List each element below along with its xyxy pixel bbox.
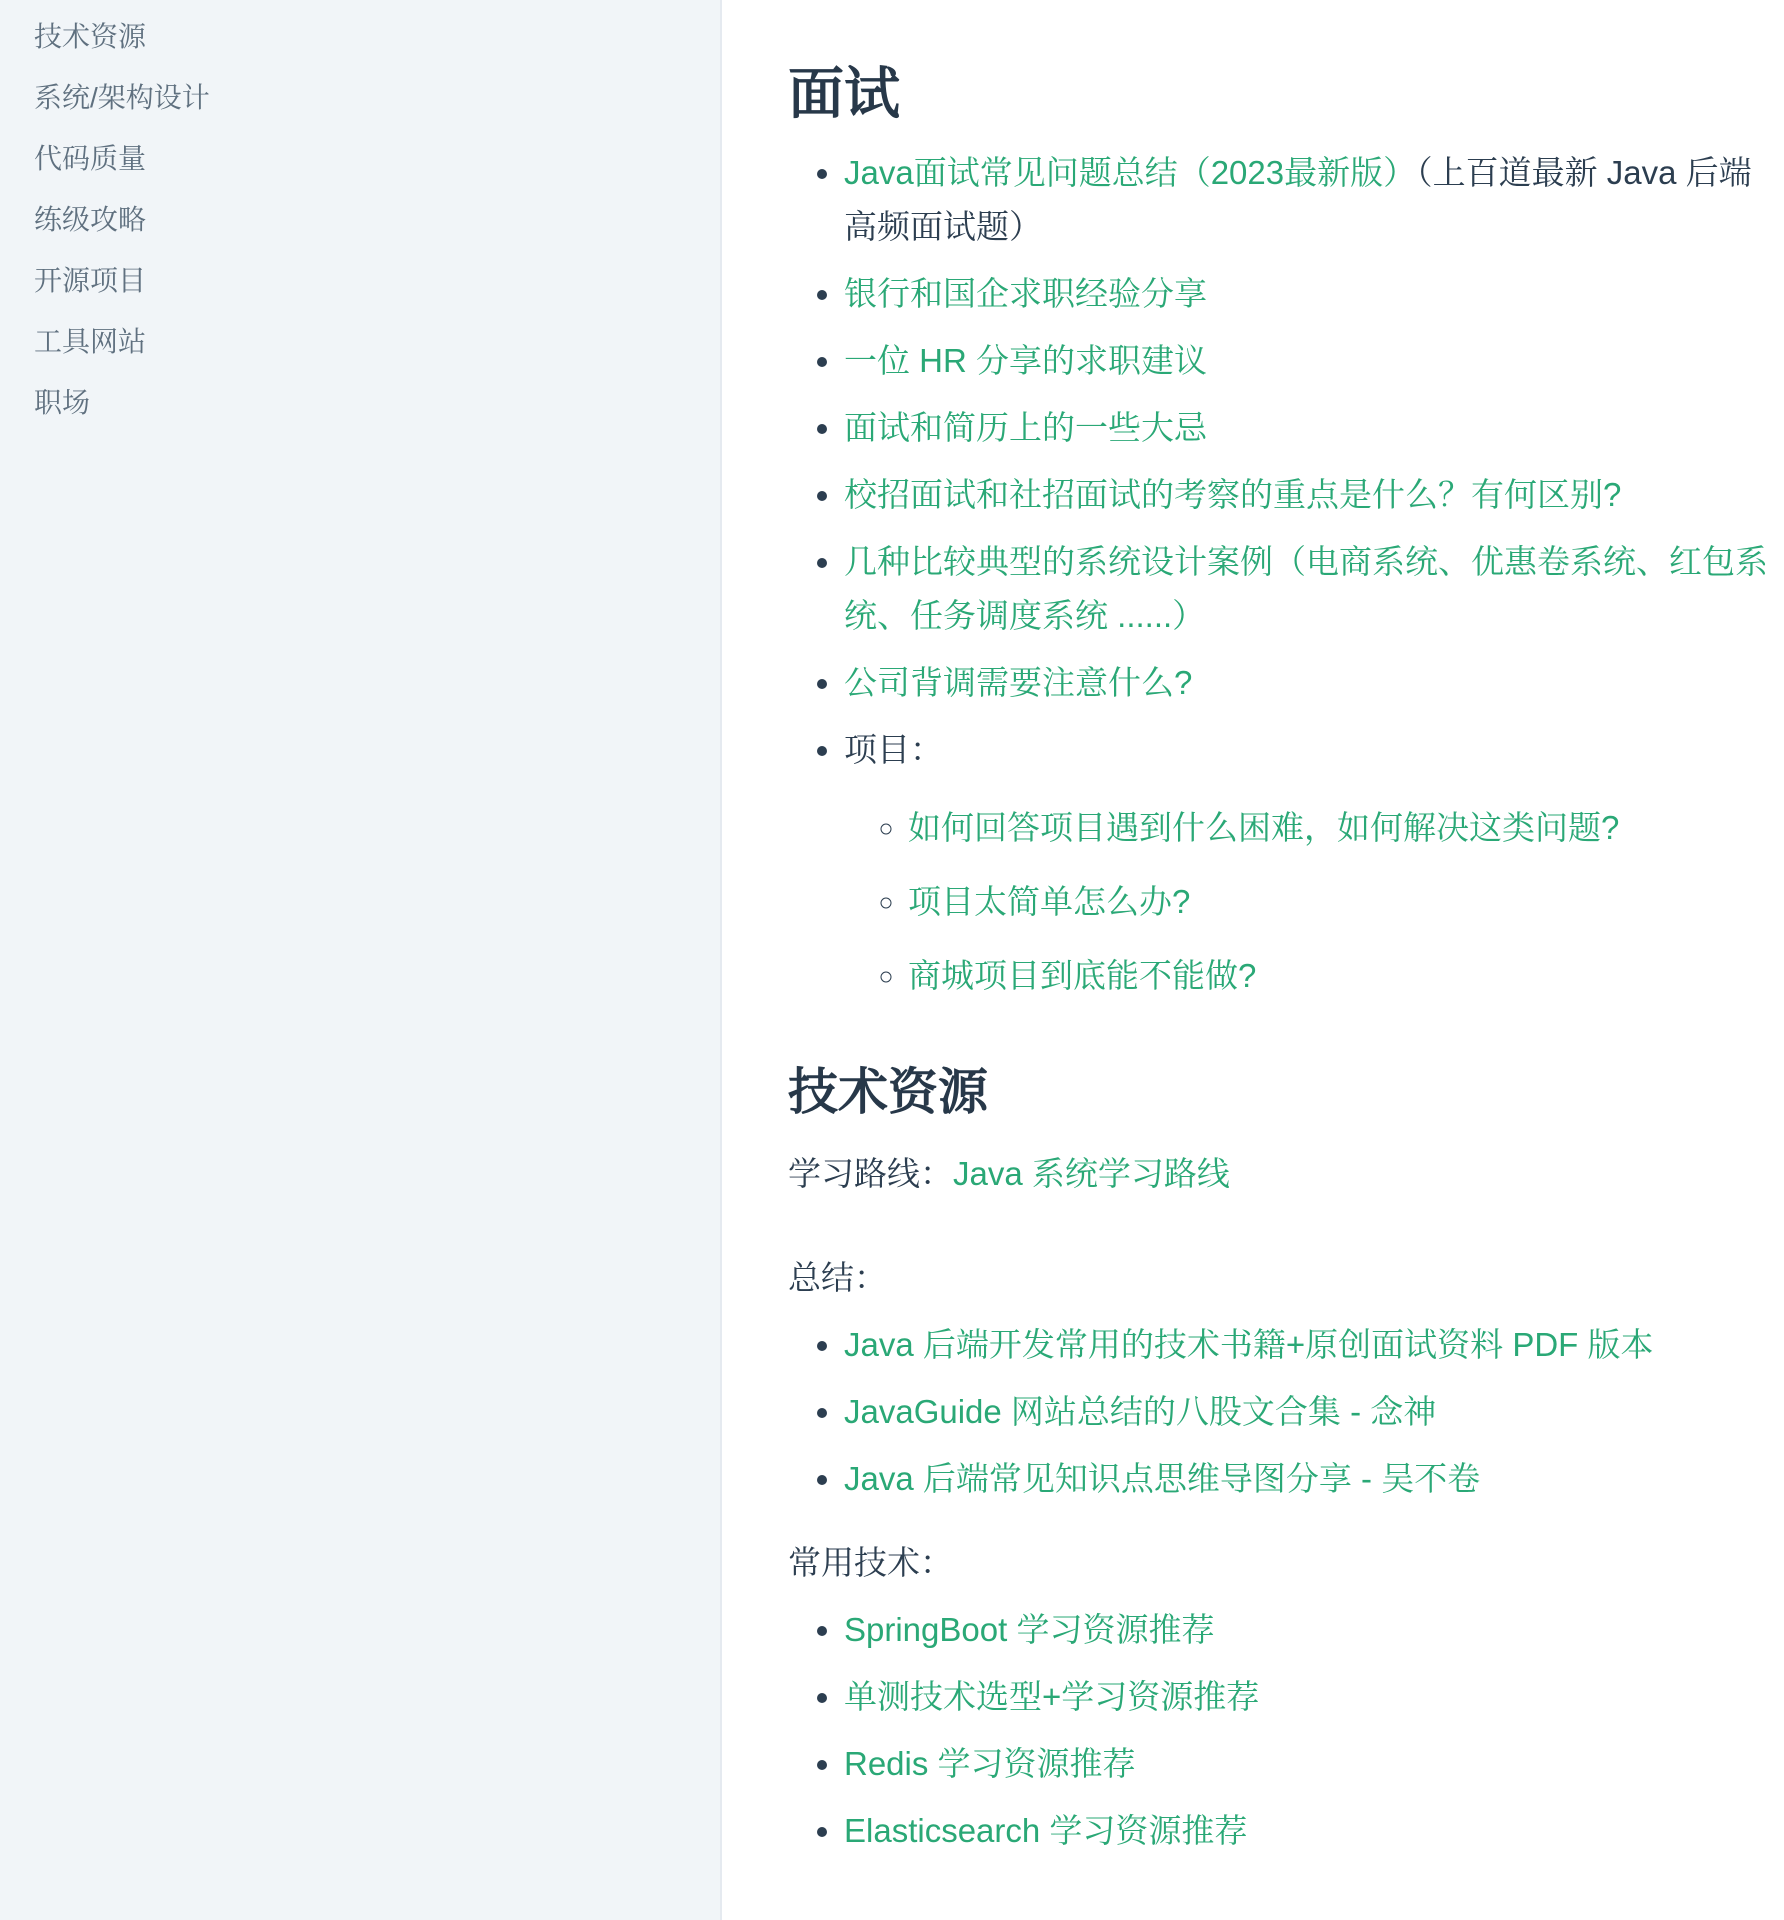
section-heading-tech-resources: 技术资源 [788,1063,1776,1121]
link-typical-system-design-cases[interactable]: 几种比较典型的系统设计案例（电商系统、优惠卷系统、红包系统、任务调度系统 ...… [844,543,1768,634]
link-background-check-notes[interactable]: 公司背调需要注意什么? [844,664,1192,701]
interview-list: Java面试常见问题总结（2023最新版）（上百道最新 Java 后端高频面试题… [788,146,1776,1003]
common-tech-label: 常用技术： [788,1536,1776,1590]
list-item: Java 后端常见知识点思维导图分享 - 吴不卷 [844,1452,1776,1506]
link-unit-test-resources[interactable]: 单测技术选型+学习资源推荐 [844,1678,1259,1715]
roadmap-label: 学习路线： [788,1155,953,1192]
list-item: 校招面试和社招面试的考察的重点是什么？有何区别? [844,468,1776,522]
summary-list: Java 后端开发常用的技术书籍+原创面试资料 PDF 版本 JavaGuide… [788,1318,1776,1506]
list-item: Java面试常见问题总结（2023最新版）（上百道最新 Java 后端高频面试题… [844,146,1776,254]
link-campus-vs-social-recruiting[interactable]: 校招面试和社招面试的考察的重点是什么？有何区别? [844,476,1621,513]
sidebar-item-open-source-projects[interactable]: 开源项目 [34,248,720,309]
link-tech-books-pdf[interactable]: Java 后端开发常用的技术书籍+原创面试资料 PDF 版本 [844,1326,1653,1363]
common-tech-list: SpringBoot 学习资源推荐 单测技术选型+学习资源推荐 Redis 学习… [788,1603,1776,1858]
list-item: Redis 学习资源推荐 [844,1737,1776,1791]
list-item: 几种比较典型的系统设计案例（电商系统、优惠卷系统、红包系统、任务调度系统 ...… [844,535,1776,643]
list-item-project: 项目： 如何回答项目遇到什么困难，如何解决这类问题? 项目太简单怎么办? 商城项… [844,723,1776,1003]
sidebar-item-system-architecture-design[interactable]: 系统/架构设计 [34,65,720,126]
sidebar-nav-list: 技术资源 系统/架构设计 代码质量 练级攻略 开源项目 工具网站 职场 [0,0,720,431]
link-java-interview-questions-2023[interactable]: Java面试常见问题总结（2023最新版） [844,154,1416,191]
link-bank-soe-job-experience[interactable]: 银行和国企求职经验分享 [844,275,1207,312]
list-item: 一位 HR 分享的求职建议 [844,334,1776,388]
list-item: 公司背调需要注意什么? [844,656,1776,710]
link-bagu-collection[interactable]: JavaGuide 网站总结的八股文合集 - 念神 [844,1393,1436,1430]
content-area: 面试 Java面试常见问题总结（2023最新版）（上百道最新 Java 后端高频… [724,62,1784,1858]
sidebar-item-workplace[interactable]: 职场 [34,370,720,431]
list-item: Elasticsearch 学习资源推荐 [844,1804,1776,1858]
sidebar: 技术资源 系统/架构设计 代码质量 练级攻略 开源项目 工具网站 职场 [0,0,722,1920]
link-redis-resources[interactable]: Redis 学习资源推荐 [844,1745,1136,1782]
list-item: 面试和简历上的一些大忌 [844,401,1776,455]
list-item: 单测技术选型+学习资源推荐 [844,1670,1776,1724]
project-label: 项目： [844,731,943,768]
link-interview-resume-taboos[interactable]: 面试和简历上的一些大忌 [844,409,1207,446]
list-item: SpringBoot 学习资源推荐 [844,1603,1776,1657]
summary-label: 总结： [788,1251,1776,1305]
link-mall-project-feasibility[interactable]: 商城项目到底能不能做? [908,957,1256,994]
list-item: JavaGuide 网站总结的八股文合集 - 念神 [844,1385,1776,1439]
link-java-study-roadmap[interactable]: Java 系统学习路线 [953,1155,1230,1192]
link-hr-job-advice[interactable]: 一位 HR 分享的求职建议 [844,342,1207,379]
link-springboot-resources[interactable]: SpringBoot 学习资源推荐 [844,1611,1214,1648]
list-item: 如何回答项目遇到什么困难，如何解决这类问题? [908,801,1776,855]
link-project-difficulty-answer[interactable]: 如何回答项目遇到什么困难，如何解决这类问题? [908,809,1619,846]
sidebar-item-code-quality[interactable]: 代码质量 [34,126,720,187]
link-project-too-simple[interactable]: 项目太简单怎么办? [908,883,1190,920]
sidebar-item-tool-websites[interactable]: 工具网站 [34,309,720,370]
sidebar-item-leveling-guide[interactable]: 练级攻略 [34,187,720,248]
link-knowledge-mindmap-share[interactable]: Java 后端常见知识点思维导图分享 - 吴不卷 [844,1460,1480,1497]
list-item: 商城项目到底能不能做? [908,949,1776,1003]
link-elasticsearch-resources[interactable]: Elasticsearch 学习资源推荐 [844,1812,1247,1849]
list-item: 项目太简单怎么办? [908,875,1776,929]
list-item: Java 后端开发常用的技术书籍+原创面试资料 PDF 版本 [844,1318,1776,1372]
list-item: 银行和国企求职经验分享 [844,267,1776,321]
section-heading-interview: 面试 [788,62,1776,126]
sidebar-item-tech-resources[interactable]: 技术资源 [34,4,720,65]
project-sublist: 如何回答项目遇到什么困难，如何解决这类问题? 项目太简单怎么办? 商城项目到底能… [844,801,1776,1003]
roadmap-paragraph: 学习路线：Java 系统学习路线 [788,1147,1776,1201]
